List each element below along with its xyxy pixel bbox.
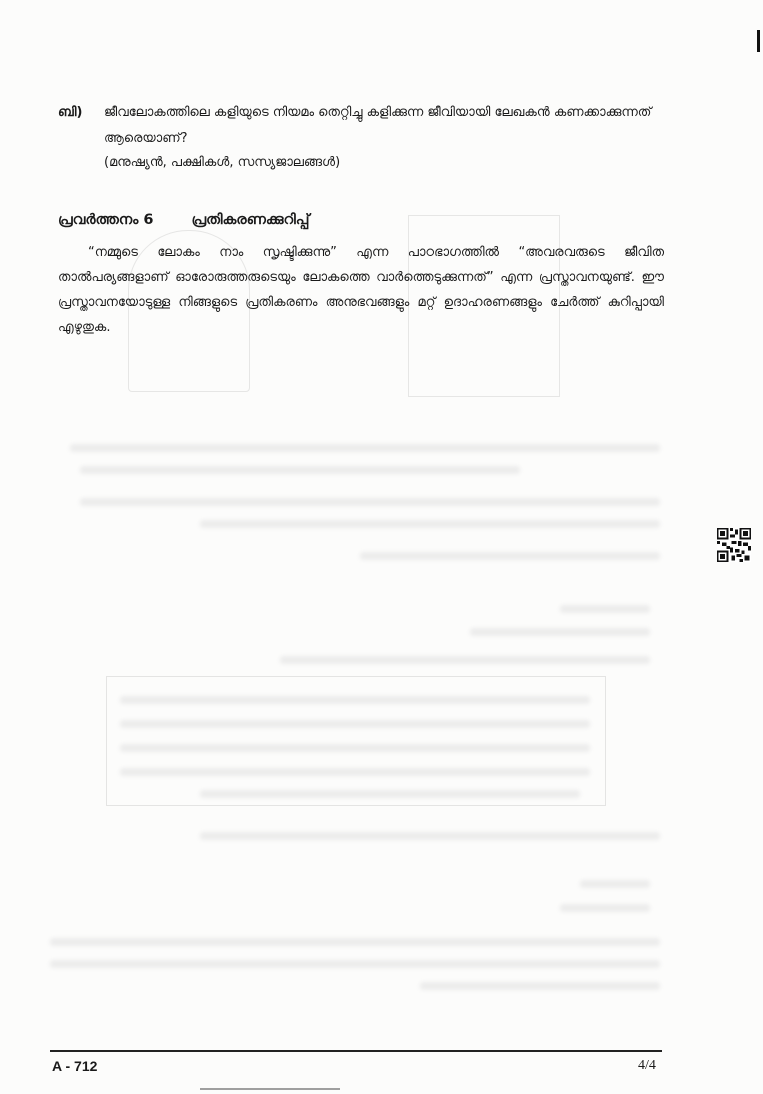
- document-page: ബി) ജീവലോകത്തിലെ കളിയുടെ നിയമം തെറ്റിച്ച…: [0, 0, 763, 1094]
- show-through-line: [120, 768, 590, 776]
- show-through-line: [80, 498, 660, 506]
- activity-number: പ്രവർത്തനം 6: [58, 212, 153, 228]
- show-through-line: [560, 605, 650, 613]
- qr-code-icon: [717, 528, 751, 562]
- show-through-line: [280, 656, 650, 664]
- show-through-line: [200, 832, 660, 840]
- activity-title: പ്രതികരണക്കുറിപ്പ്: [191, 212, 309, 228]
- show-through-line: [80, 466, 520, 474]
- show-through-line: [200, 520, 660, 528]
- show-through-line: [200, 790, 580, 798]
- question-label: ബി): [58, 100, 82, 126]
- footer-divider: [50, 1050, 662, 1052]
- question-b: ബി) ജീവലോകത്തിലെ കളിയുടെ നിയമം തെറ്റിച്ച…: [58, 100, 668, 152]
- show-through-line: [120, 744, 590, 752]
- show-through-line: [120, 696, 590, 704]
- answer-options: (മനുഷ്യൻ, പക്ഷികൾ, സസ്യജാലങ്ങൾ): [104, 155, 340, 170]
- show-through-line: [560, 904, 650, 912]
- show-through-line: [50, 938, 660, 946]
- question-paper-code: A - 712: [52, 1058, 97, 1074]
- activity-instructions: “നമ്മുടെ ലോകം നാം സൃഷ്ടിക്കുന്നു” എന്ന പ…: [58, 240, 664, 340]
- show-through-line: [50, 960, 660, 968]
- page-number: 4/4: [638, 1058, 656, 1074]
- show-through-line: [470, 628, 650, 636]
- scan-bottom-mark: [200, 1088, 340, 1090]
- activity-heading: പ്രവർത്തനം 6 പ്രതികരണക്കുറിപ്പ്: [58, 212, 309, 228]
- show-through-line: [70, 444, 660, 452]
- show-through-line: [420, 982, 660, 990]
- show-through-line: [120, 720, 590, 728]
- show-through-line: [360, 552, 660, 560]
- show-through-line: [580, 880, 650, 888]
- question-text: ജീവലോകത്തിലെ കളിയുടെ നിയമം തെറ്റിച്ചു കള…: [104, 100, 668, 152]
- scan-edge-mark: [757, 30, 760, 52]
